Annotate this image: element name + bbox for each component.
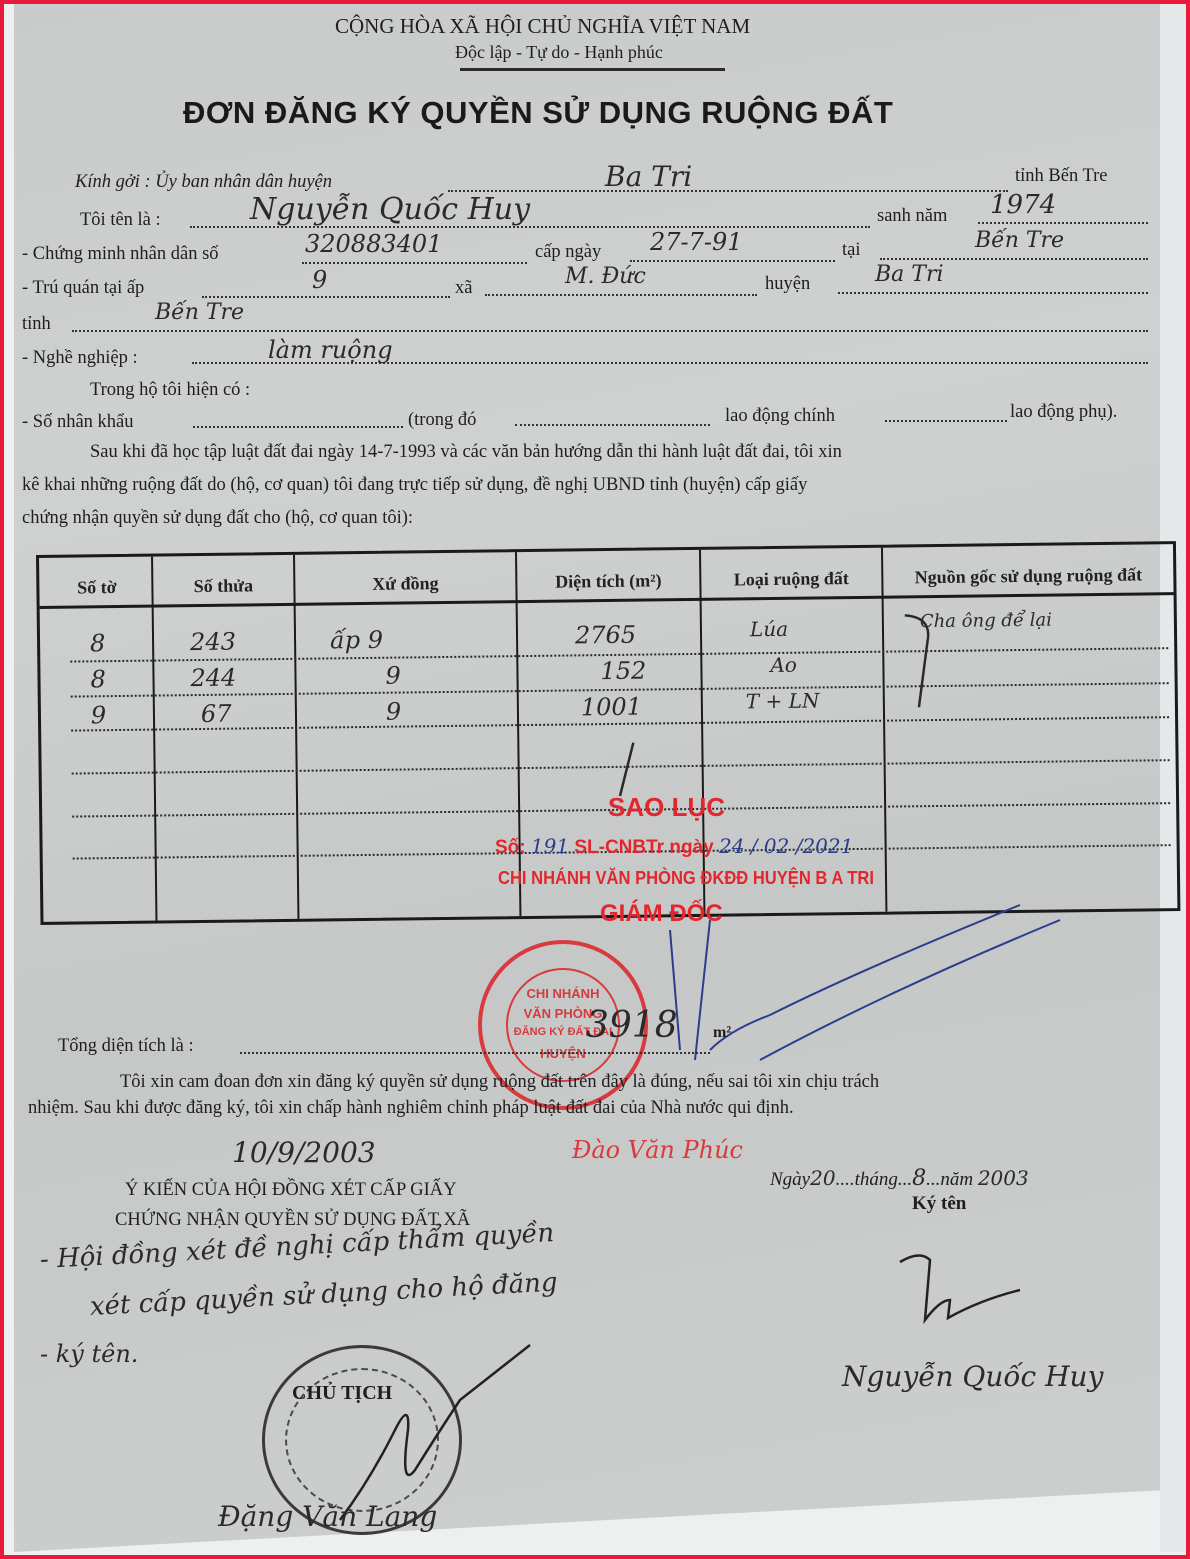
sign-month: 8: [912, 1166, 926, 1191]
cell-land-type: Lúa: [750, 617, 788, 641]
copy-number: 191: [531, 834, 569, 858]
cell-field: 9: [386, 698, 402, 726]
main-labor-line: [885, 420, 1007, 422]
copy-number-prefix: Số:: [495, 837, 526, 858]
commune-label: xã: [455, 278, 472, 299]
name-label: Tôi tên là :: [80, 210, 161, 231]
col-header-origin: Nguồn gốc sử dụng ruộng đất: [883, 564, 1173, 589]
sub-labor-label: lao động phụ).: [1010, 402, 1117, 423]
sign-year: 2003: [978, 1166, 1029, 1190]
intro-line-1: Sau khi đã học tập luật đất đai ngày 14-…: [90, 442, 842, 463]
cell-area: 2765: [575, 621, 636, 650]
director-signature-icon: [640, 900, 1180, 1090]
month-label: tháng: [855, 1169, 898, 1190]
total-area-label: Tổng diện tích là :: [58, 1036, 194, 1057]
copy-code: SL-CNBTr ngày: [574, 837, 713, 858]
year-label: năm: [940, 1169, 973, 1190]
cell-sheet: 9: [91, 701, 107, 729]
of-which-line: [515, 424, 710, 426]
district-line: [838, 292, 1148, 294]
occupation-label: - Nghề nghiệp :: [22, 348, 138, 369]
cell-area: 152: [600, 657, 646, 686]
issue-date-line: [630, 260, 835, 262]
country-header: CỘNG HÒA XÃ HỘI CHỦ NGHĨA VIỆT NAM: [335, 14, 750, 39]
birth-year-label: sanh năm: [877, 206, 947, 227]
province-label: tỉnh: [22, 314, 51, 335]
copy-stamp-number-line: Số: 191 SL-CNBTr ngày 24 / 02 /2021: [495, 834, 853, 859]
members-line: [193, 426, 403, 428]
commune-line: [485, 294, 757, 296]
cell-field: ấp 9: [330, 626, 383, 655]
cell-sheet: 8: [90, 629, 106, 657]
id-label: - Chứng minh nhân dân số: [22, 244, 219, 265]
cell-sheet: 8: [90, 665, 106, 693]
issue-date-value: 27-7-91: [650, 228, 743, 256]
total-area-value: 3918: [586, 1005, 678, 1046]
col-header-parcel: Số thửa: [153, 575, 293, 598]
issue-date-label: cấp ngày: [535, 242, 601, 263]
total-area-line: [240, 1052, 710, 1054]
motto: Độc lập - Tự do - Hạnh phúc: [455, 42, 663, 63]
id-value: 320883401: [305, 230, 442, 258]
chair-name: Đặng Văn Lang: [218, 1500, 437, 1533]
occupation-value: làm ruộng: [268, 336, 393, 364]
applicant-signature-icon: [890, 1250, 1030, 1330]
cell-parcel: 243: [190, 628, 236, 657]
residence-label: - Trú quán tại ấp: [22, 278, 144, 299]
id-field-line: [302, 262, 527, 264]
document-title: ĐƠN ĐĂNG KÝ QUYỀN SỬ DỤNG RUỘNG ĐẤT: [183, 95, 893, 131]
council-opinion-3: - ký tên.: [40, 1340, 138, 1368]
addressee-label-text: Kính gởi : Ủy ban nhân dân huyện: [75, 172, 332, 192]
col-header-sheet: Số tờ: [49, 577, 144, 599]
members-label: - Số nhân khẩu: [22, 412, 134, 433]
hamlet-value: 9: [312, 266, 327, 294]
sign-day: 20: [810, 1166, 835, 1190]
main-labor-label: lao động chính: [725, 406, 835, 427]
cell-land-type: T + LN: [746, 688, 820, 713]
header-rule: [460, 68, 725, 71]
cell-area: 1001: [581, 693, 642, 722]
col-header-area: Diện tích (m²): [517, 570, 699, 593]
seal-line: CHI NHÁNH: [482, 986, 644, 1001]
birth-year-value: 1974: [990, 190, 1056, 220]
cell-parcel: 67: [201, 700, 232, 728]
province-line: [72, 330, 1148, 332]
issue-place-line: [880, 258, 1148, 260]
copy-stamp-title: SAO LỤC: [608, 792, 725, 823]
copy-date: 24 / 02 /2021: [719, 834, 853, 858]
issue-place-label: tại: [842, 240, 861, 261]
commitment-line-2: nhiệm. Sau khi được đăng ký, tôi xin chấ…: [28, 1098, 794, 1119]
sign-date: Ngày20....tháng...8...năm 2003: [770, 1166, 1029, 1191]
addressee-label: Kính gởi : Ủy ban nhân dân huyện: [75, 172, 332, 193]
applicant-name: Nguyễn Quốc Huy: [842, 1360, 1103, 1393]
district-label: huyện: [765, 274, 810, 295]
intro-line-2: kê khai những ruộng đất do (hộ, cơ quan)…: [22, 475, 807, 496]
addressee-field-line: [448, 190, 1008, 192]
copy-stamp-office: CHI NHÁNH VĂN PHÒNG ĐKĐĐ HUYỆN B A TRI: [498, 868, 874, 889]
bracket-stroke-icon: [900, 607, 961, 718]
province-value: Bến Tre: [155, 300, 244, 325]
cell-land-type: Ao: [770, 653, 797, 677]
birth-year-line: [978, 222, 1148, 224]
commune-value: M. Đức: [565, 264, 646, 289]
council-title-1: Ý KIẾN CỦA HỘI ĐỒNG XÉT CẤP GIẤY: [125, 1180, 456, 1201]
name-value: Nguyễn Quốc Huy: [250, 192, 530, 227]
of-which-label: (trong đó: [408, 410, 476, 431]
issue-place-value: Bến Tre: [975, 228, 1064, 253]
hamlet-line: [202, 296, 450, 298]
col-header-field: Xứ đồng: [295, 572, 515, 596]
household-label: Trong hộ tôi hiện có :: [90, 380, 250, 401]
total-area-unit: m²: [713, 1024, 731, 1042]
addressee-value: Ba Tri: [605, 160, 692, 193]
date-prefix: Ngày: [770, 1169, 810, 1190]
sign-label: Ký tên: [912, 1193, 966, 1215]
col-header-land-type: Loại ruộng đất: [701, 568, 881, 591]
district-value: Ba Tri: [875, 262, 944, 287]
cell-parcel: 244: [190, 664, 236, 693]
director-name: Đào Văn Phúc: [572, 1136, 743, 1164]
cell-field: 9: [385, 662, 401, 690]
intro-line-3: chứng nhận quyền sử dụng đất cho (hộ, cơ…: [22, 508, 413, 529]
council-date: 10/9/2003: [232, 1136, 376, 1169]
commitment-line-1: Tôi xin cam đoan đơn xin đăng ký quyền s…: [120, 1072, 879, 1093]
province-suffix: tỉnh Bến Tre: [1015, 166, 1108, 187]
